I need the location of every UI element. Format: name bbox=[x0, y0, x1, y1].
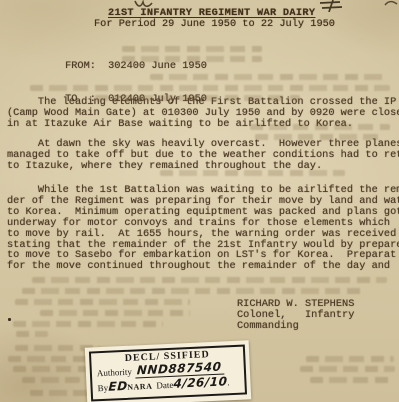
bleedthrough-line bbox=[150, 74, 385, 80]
bleedthrough-line bbox=[300, 366, 395, 372]
by-label: By bbox=[97, 383, 108, 393]
signature-role: Commanding bbox=[237, 321, 354, 332]
ink-speck bbox=[8, 318, 11, 321]
handwritten-mark-icon bbox=[384, 0, 398, 7]
typed-line: to move by rail. At 1655 hours, the warn… bbox=[7, 229, 399, 240]
typed-line: for the move continued throughout the re… bbox=[7, 261, 399, 272]
typed-line: underway for motor convoys and trains fo… bbox=[7, 218, 399, 229]
bleedthrough-line bbox=[16, 331, 48, 337]
bleedthrough-line bbox=[95, 95, 300, 101]
by-initials-handwritten: ED bbox=[108, 379, 128, 394]
bleedthrough-line bbox=[250, 124, 390, 130]
authority-label: Authority bbox=[97, 367, 132, 379]
bleedthrough-line bbox=[306, 356, 394, 362]
declassified-stamp: DECL/ SSIFIED Authority NND887540 ByEDNA… bbox=[85, 340, 252, 402]
from-label: FROM: bbox=[65, 61, 108, 72]
bleedthrough-line bbox=[13, 321, 163, 327]
bleedthrough-line bbox=[160, 170, 345, 176]
bleedthrough-line bbox=[122, 46, 262, 52]
bleedthrough-line bbox=[255, 134, 385, 140]
bleedthrough-line bbox=[15, 299, 190, 305]
bleedthrough-line bbox=[22, 288, 362, 294]
document-subtitle: For Period 29 June 1950 to 22 July 1950 bbox=[94, 19, 335, 30]
handwritten-mark-icon bbox=[318, 0, 344, 12]
stamp-border: DECL/ SSIFIED Authority NND887540 ByEDNA… bbox=[89, 344, 247, 401]
date-value-handwritten: 4/26/10 bbox=[173, 374, 228, 391]
bleedthrough-line bbox=[30, 390, 88, 396]
paragraph: At dawn the sky was heavily overcast. Ho… bbox=[7, 139, 399, 172]
scanned-document-page: 21ST INFANTRY REGIMENT WAR DAIRY For Per… bbox=[0, 0, 399, 402]
bleedthrough-line bbox=[40, 310, 190, 316]
bleedthrough-line bbox=[30, 85, 390, 91]
bleedthrough-line bbox=[310, 377, 394, 383]
date-label: Date bbox=[156, 380, 173, 391]
signature-block: RICHARD W. STEPHENS Colonel, Infantry Co… bbox=[237, 299, 354, 332]
bleedthrough-line bbox=[22, 377, 80, 383]
bleedthrough-line bbox=[122, 56, 262, 62]
paragraph: While the 1st Battalion was waiting to b… bbox=[7, 185, 399, 272]
bleedthrough-line bbox=[32, 277, 387, 283]
agency-label: NARA bbox=[127, 382, 152, 392]
